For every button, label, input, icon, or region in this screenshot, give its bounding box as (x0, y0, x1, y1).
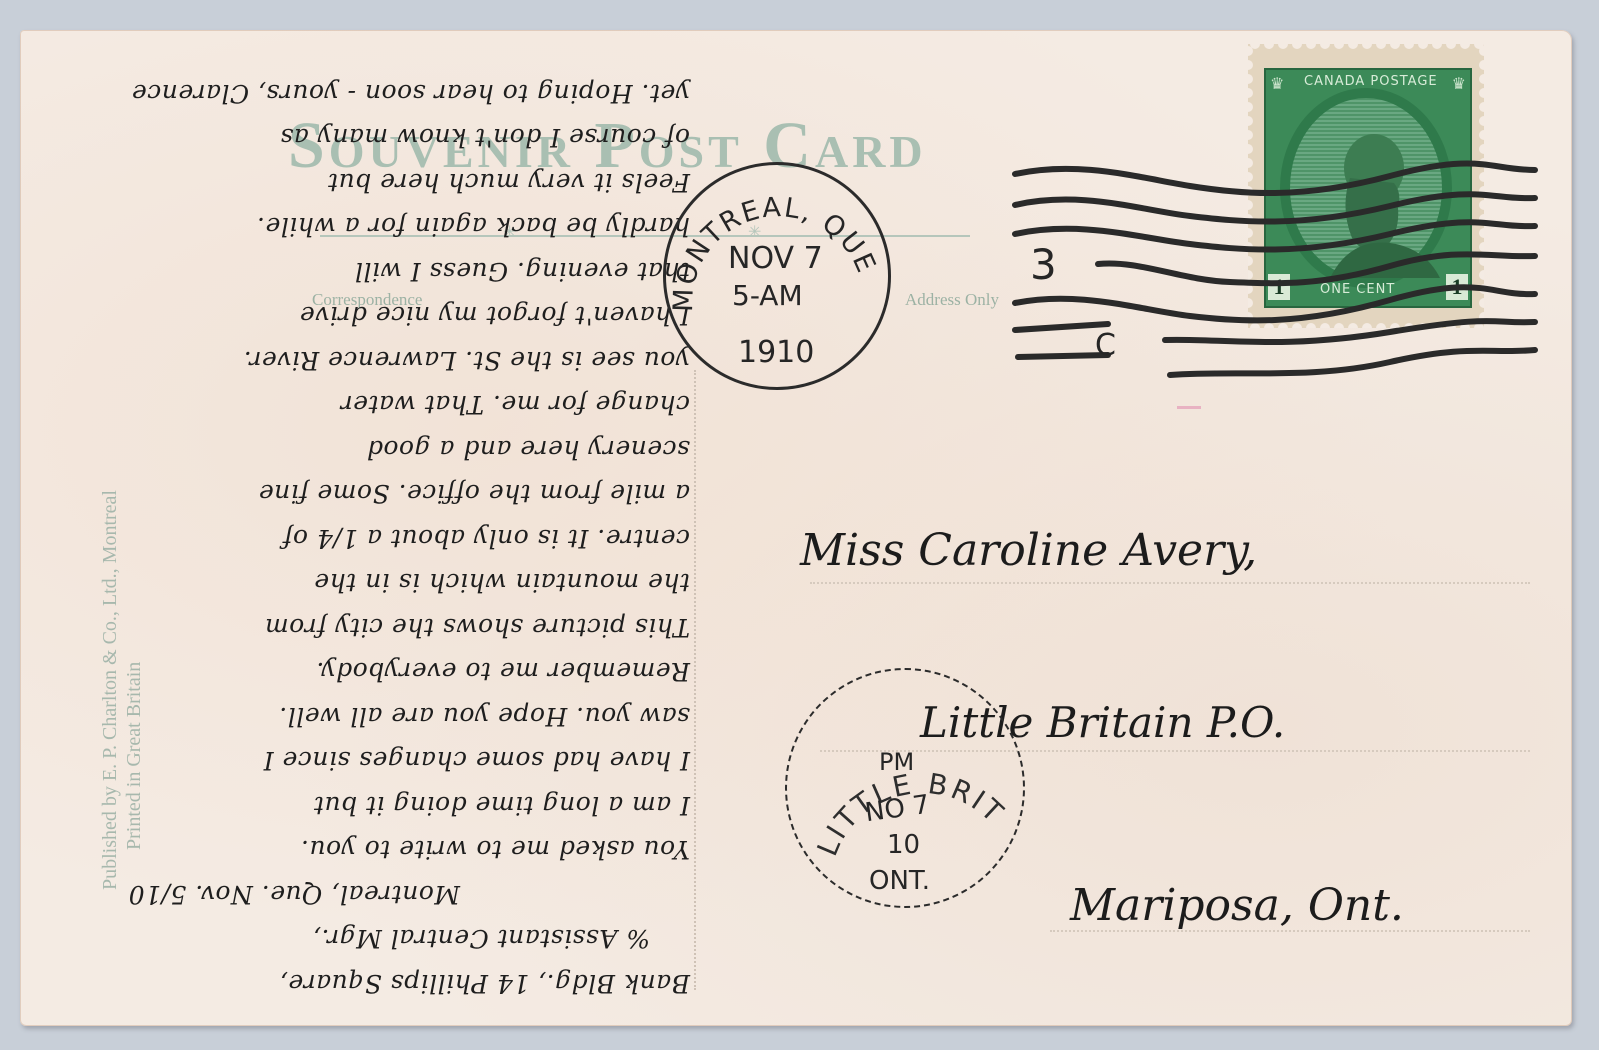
address-only-label: Address Only (905, 290, 999, 310)
address-rule-1 (810, 582, 1530, 584)
ornament-rule-right (910, 235, 970, 237)
message-line: you see is the St. Lawrence River. (50, 338, 690, 383)
message-line: Montreal, Que. Nov. 5/10 (50, 872, 690, 917)
message-line: change for me. That water (50, 382, 690, 427)
postmark-time: PM (879, 748, 914, 776)
postmark-time: 5-AM (732, 279, 803, 312)
message-line: Feels it very much here but (50, 160, 690, 205)
message-line: scenery here and a good (50, 427, 690, 472)
montreal-postmark: MONTREAL, QUE NOV 7 5-AM 1910 (663, 162, 891, 390)
cancel-letter: C (1095, 328, 1116, 363)
message-line: saw you. Hope you are all well. (50, 694, 690, 739)
message-line: This picture shows the city from (50, 605, 690, 650)
message-line: the mountain which is in the (50, 560, 690, 605)
little-britain-postmark: LITTLE BRITAIN PM NO 7 10 ONT. (785, 668, 1025, 908)
handwritten-message: Bank Bldg., 14 Phillips Square,% Assista… (50, 40, 690, 1005)
addressee-township: Mariposa, Ont. (1070, 880, 1404, 931)
message-line: hardly be back again for a while. (50, 204, 690, 249)
crown-icon: ♛ (1452, 74, 1466, 93)
message-line: I have had some changes since I (50, 738, 690, 783)
message-line: yet. Hoping to hear soon - yours, Claren… (50, 71, 690, 116)
message-line: You asked me to write to you. (50, 827, 690, 872)
message-line: that evening. Guess I will (50, 249, 690, 294)
message-line: % Assistant Central Mgr., (50, 916, 690, 961)
center-divider (694, 370, 696, 990)
message-line: I haven't forgot my nice drive (50, 293, 690, 338)
message-line: Remember me to everybody. (50, 649, 690, 694)
stamp-country-text: CANADA POSTAGE (1304, 74, 1438, 89)
postmark-year: 1910 (738, 335, 814, 370)
message-line: a mile from the office. Some fine (50, 471, 690, 516)
message-line: Bank Bldg., 14 Phillips Square, (50, 961, 690, 1006)
cancel-number: 3 (1030, 240, 1057, 289)
addressee-name: Miss Caroline Avery, (800, 525, 1257, 576)
ink-smudge (1177, 406, 1201, 409)
message-line: centre. It is only about a 1/4 of (50, 516, 690, 561)
crown-icon: ♛ (1270, 74, 1284, 93)
postmark-year: 10 (887, 830, 920, 860)
postmark-province: ONT. (869, 866, 930, 896)
message-line: of course I don't know many as (50, 115, 690, 160)
machine-cancel-lines-icon (990, 150, 1550, 390)
message-line: I am a long time doing it but (50, 783, 690, 828)
postmark-date: NOV 7 (728, 241, 823, 276)
